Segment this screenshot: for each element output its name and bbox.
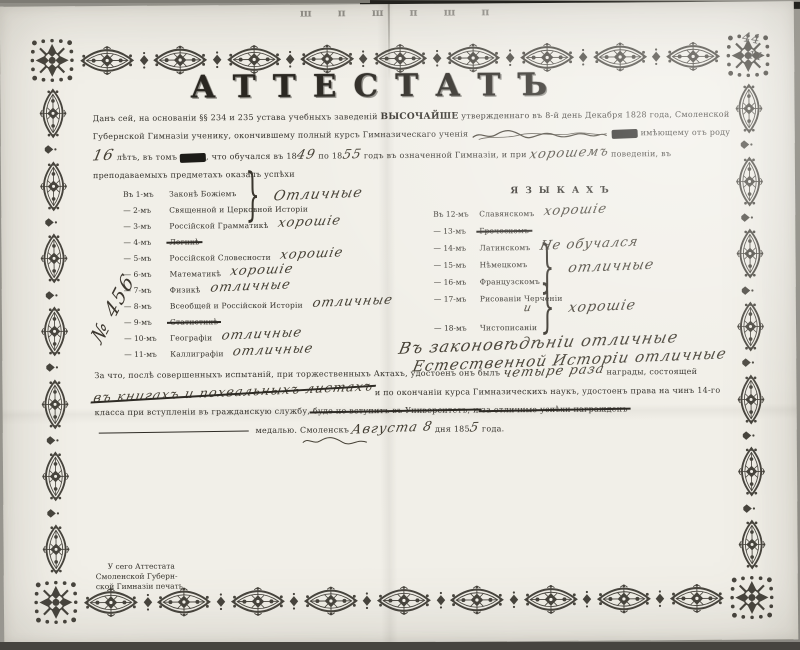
border-ornament-icon <box>41 379 68 429</box>
border-connector-icon <box>45 216 62 228</box>
group-grade-handwritten: отличные <box>567 257 656 277</box>
date-line: медалью. Смоленскъ Августа 8 дня 1855 го… <box>256 424 505 435</box>
border-ornament-icon <box>42 524 69 574</box>
closing-struck-text: буде не вступитъ въ Университетъ, и <box>313 405 479 415</box>
certificate-paper: шпшпшп 44 11 АТТЕСТАТЪ Данъ сей, на осно… <box>0 1 798 645</box>
grade-brace-group: }Отличные <box>243 178 363 211</box>
ink-blot <box>612 128 638 138</box>
border-connector-icon <box>138 51 150 68</box>
subject-name: Славянскомъ <box>479 209 534 218</box>
closing-text: награды, состоящей <box>607 367 698 377</box>
border-connector-icon <box>508 591 520 608</box>
closing-paragraph: За что, послѣ совершенныхъ испытаній, пр… <box>94 362 745 442</box>
subject-number: — 18-мъ <box>434 323 480 332</box>
closing-text: За что, послѣ совершенныхъ испытаній, пр… <box>94 368 500 380</box>
languages-header: ЯЗЫКАХЪ <box>433 185 693 197</box>
subjects-column-left: Въ 1-мъЗаконѣ Божіемъ— 2-мъСвященной и Ц… <box>123 180 434 358</box>
border-connector-icon <box>431 49 443 66</box>
border-ornament-icon <box>450 585 504 614</box>
subject-name: Греческомъ <box>479 226 529 235</box>
subject-name: Нѣмецкомъ <box>480 260 528 269</box>
subject-number: Въ 12-мъ <box>433 209 479 218</box>
closing-text: года. <box>482 424 505 433</box>
subject-name: Чистописаніи <box>480 323 537 332</box>
subject-number: — 16-мъ <box>434 277 480 286</box>
border-ornament-icon <box>39 161 66 211</box>
conduct-handwritten: хорошемъ <box>527 143 610 164</box>
border-connector-icon <box>741 284 758 296</box>
border-connector-icon <box>45 289 62 301</box>
border-connector-icon <box>654 590 666 607</box>
border-ornament-icon <box>40 234 67 284</box>
times-awarded-handwritten: четыре раза <box>501 361 606 383</box>
intro-text: имѣющему отъ роду <box>641 128 731 138</box>
border-ornament-icon <box>41 452 68 502</box>
border-connector-icon <box>742 429 759 441</box>
strike-line <box>99 430 249 434</box>
signature-scribble <box>301 434 371 446</box>
closing-text: дня 185 <box>435 425 470 434</box>
intro-text: по 18 <box>318 151 342 160</box>
border-connector-icon <box>740 139 757 151</box>
border-connector-icon <box>211 51 223 68</box>
intro-vysochayshe: ВЫСОЧАЙШЕ <box>380 112 458 123</box>
scanned-photo: шпшпшп 44 11 АТТЕСТАТЪ Данъ сей, на осно… <box>0 0 800 650</box>
border-ornament-icon <box>597 584 651 613</box>
border-ornament-icon <box>40 306 67 356</box>
subject-name: Каллиграфіи <box>170 349 224 358</box>
year-from-handwritten: 49 <box>295 146 317 165</box>
brace-glyph: } <box>540 274 555 341</box>
subject-row: Въ 12-мъСлавянскомъхорошіе <box>433 200 733 219</box>
intro-text: годъ въ означенной Гимназіи, и при <box>364 150 527 160</box>
intro-text: въ 18 <box>273 152 297 161</box>
subject-number: — 17-мъ <box>434 294 480 303</box>
date-year-digit-handwritten: 5 <box>468 419 481 437</box>
brace-glyph: } <box>245 162 260 229</box>
subject-number: — 11-мъ <box>124 350 170 359</box>
grade-brace-group: }отличные <box>537 249 654 284</box>
border-ornament-icon <box>737 447 764 497</box>
student-name-scribble <box>471 127 609 142</box>
conjunction-handwritten: и <box>523 301 534 314</box>
border-connector-icon <box>44 144 61 156</box>
border-ornament-icon <box>523 584 577 613</box>
intro-text: Данъ сей, на основаніи §§ 234 и 235 уста… <box>93 112 378 123</box>
border-ornament-icon <box>304 586 358 615</box>
border-connector-icon <box>743 502 760 514</box>
subject-row: — 13-мъГреческомъ <box>433 217 733 236</box>
border-ornament-icon <box>377 585 431 614</box>
pencil-page-number-sub: 11 <box>747 48 765 63</box>
border-corner-rosette <box>34 580 78 624</box>
border-connector-icon <box>650 48 662 65</box>
pencil-page-number: 44 <box>741 30 762 48</box>
intro-text: , что обучался <box>206 152 271 161</box>
ink-redaction <box>180 152 206 162</box>
award-kind-handwritten: въ книгахъ и похвальныхъ листахъ <box>92 378 375 408</box>
intro-text: окончившему полный курсъ Гимназическаго … <box>234 130 468 141</box>
border-connector-icon <box>284 50 296 67</box>
border-connector-icon <box>46 362 63 374</box>
border-connector-icon <box>357 50 369 67</box>
border-connector-icon <box>47 507 64 519</box>
print-bleed-ghost: шпшпшп <box>300 5 560 17</box>
border-ornament-icon <box>736 229 763 279</box>
subject-number: — 15-мъ <box>434 260 480 269</box>
border-connector-icon <box>215 593 227 610</box>
seal-note-line: ской Гимназіи печать. <box>96 581 216 592</box>
border-connector-icon <box>142 593 154 610</box>
subject-name: Латинскомъ <box>479 243 530 252</box>
grade-handwritten: отличные <box>232 341 315 359</box>
grade-handwritten: хорошіе <box>543 201 609 219</box>
photo-bottom-edge <box>0 642 800 650</box>
subjects-column-right: Въ 12-мъСлавянскомъхорошіе— 13-мъГреческ… <box>433 200 734 333</box>
border-ornament-icon <box>736 301 763 351</box>
seal-note: У сего Аттестата Смоленской Губерн- ской… <box>96 561 216 592</box>
border-connector-icon <box>577 48 589 65</box>
grade-brace-group: и}хорошіе <box>538 283 636 330</box>
closing-struck-text: за отличные успѣхи награжденъ <box>481 404 627 414</box>
border-connector-icon <box>581 590 593 607</box>
intro-paragraph: Данъ сей, на основаніи §§ 234 и 235 уста… <box>93 106 742 186</box>
border-corner-rosette <box>730 575 774 619</box>
document-title: АТТЕСТАТЪ <box>0 66 754 107</box>
subject-name: Французскомъ <box>480 277 540 286</box>
border-ornament-icon <box>230 586 284 615</box>
intro-text: лѣтъ, въ томъ <box>117 153 178 162</box>
border-connector-icon <box>434 591 446 608</box>
border-connector-icon <box>504 49 516 66</box>
subject-number: — 14-мъ <box>433 243 479 252</box>
photo-top-edge-light <box>0 0 370 3</box>
subject-row: — 11-мъКаллиграфіиотличные <box>124 340 434 358</box>
border-ornament-icon <box>738 519 765 569</box>
border-edge-left <box>32 88 75 574</box>
border-connector-icon <box>361 592 373 609</box>
border-connector-icon <box>741 211 758 223</box>
group-grade-handwritten: Отличные <box>272 185 364 205</box>
age-handwritten: 16 <box>91 146 116 165</box>
border-ornament-icon <box>670 583 724 612</box>
border-connector-icon <box>46 434 63 446</box>
subject-number: — 13-мъ <box>433 226 479 235</box>
group-grade-handwritten: хорошіе <box>567 297 638 316</box>
border-connector-icon <box>288 592 300 609</box>
year-to-handwritten: 55 <box>341 146 363 165</box>
